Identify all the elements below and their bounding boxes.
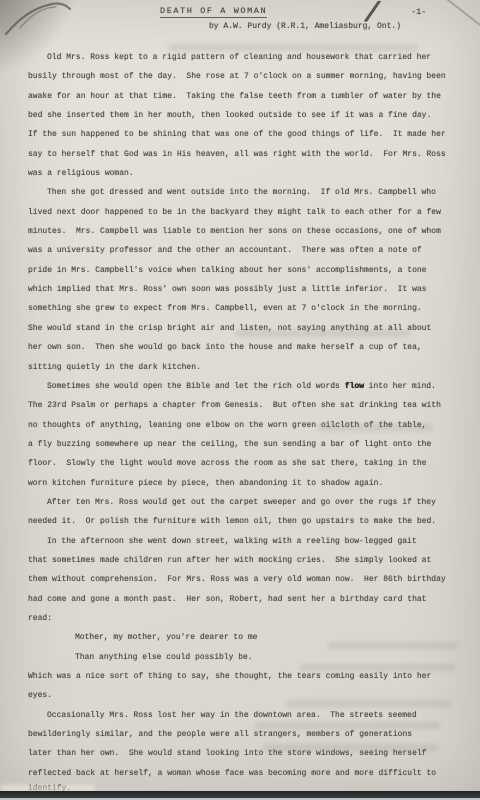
typed-line: a fly buzzing somewhere up near the ceil… — [28, 435, 458, 454]
typed-line: worn kitchen furniture piece by piece, t… — [28, 474, 458, 493]
typed-line: busily through most of the day. She rose… — [28, 67, 458, 86]
typed-line: reflected back at herself, a woman whose… — [28, 764, 458, 783]
typed-line: bed she inserted them in her mouth, then… — [28, 106, 458, 125]
typed-line: Which was a nice sort of thing to say, s… — [28, 667, 458, 686]
typed-line: bewilderingly similar, and the people we… — [28, 725, 458, 744]
typed-line: pride in Mrs. Campbell's voice when talk… — [28, 261, 458, 280]
typed-line: Than anything else could possibly be. — [28, 648, 458, 667]
typed-line: was a university professor and the other… — [28, 241, 458, 260]
typed-line: say to herself that God was in His heave… — [28, 145, 458, 164]
typed-line: her own son. Then she would go back into… — [28, 338, 458, 357]
page-bottom-edge — [0, 791, 480, 798]
manuscript-page: DEATH OF A WOMAN / -1- by A.W. Purdy (R.… — [0, 0, 480, 800]
typed-line: floor. Slowly the light would move acros… — [28, 454, 458, 473]
typed-line: eyes. — [28, 686, 458, 705]
typed-line: lived next door happened to be in the ba… — [28, 203, 458, 222]
typed-line: read: — [28, 609, 458, 628]
typed-line: Then she got dressed and went outside in… — [28, 183, 458, 202]
typed-line: Mother, my mother, you're dearer to me — [28, 628, 458, 647]
typed-line: Sometimes she would open the Bible and l… — [28, 377, 458, 396]
typed-line: no thoughts of anything, leaning one elb… — [28, 416, 458, 435]
typed-line: needed it. Or polish the furniture with … — [28, 512, 458, 531]
typed-line: The 23rd Psalm or perhaps a chapter from… — [28, 396, 458, 415]
corner-crease-line — [441, 0, 480, 39]
typed-line: sitting quietly in the dark kitchen. — [28, 358, 458, 377]
typed-line: She would stand in the crisp bright air … — [28, 319, 458, 338]
byline: by A.W. Purdy (R.R.1, Ameliasburg, Ont.) — [209, 22, 401, 31]
typed-body: Old Mrs. Ross kept to a rigid pattern of… — [28, 48, 458, 798]
typed-line: After ten Mrs. Ross would get out the ca… — [28, 493, 458, 512]
overstruck-word: flow — [345, 382, 364, 391]
typed-line: was a religious woman. — [28, 164, 458, 183]
typed-line: that sometimes made children run after h… — [28, 551, 458, 570]
pencil-scribble — [2, 0, 82, 42]
typed-line: Occasionally Mrs. Ross lost her way in t… — [28, 706, 458, 725]
typed-line: In the afternoon she went down street, w… — [28, 532, 458, 551]
typed-line: Old Mrs. Ross kept to a rigid pattern of… — [28, 48, 458, 67]
typed-line: had come and gone a month past. Her son,… — [28, 590, 458, 609]
document-title: DEATH OF A WOMAN — [160, 6, 267, 18]
typed-line: which implied that Mrs. Ross' own soon w… — [28, 280, 458, 299]
page-number: -1- — [411, 7, 426, 17]
typed-line: If the sun happened to be shining that w… — [28, 125, 458, 144]
typed-line: something she grew to expect from Mrs. C… — [28, 299, 458, 318]
typed-line: awake for an hour at that time. Taking t… — [28, 87, 458, 106]
typed-line: later than her own. She would stand look… — [28, 744, 458, 763]
typed-line: them without comprehension. For Mrs. Ros… — [28, 570, 458, 589]
typed-line: minutes. Mrs. Campbell was liable to men… — [28, 222, 458, 241]
